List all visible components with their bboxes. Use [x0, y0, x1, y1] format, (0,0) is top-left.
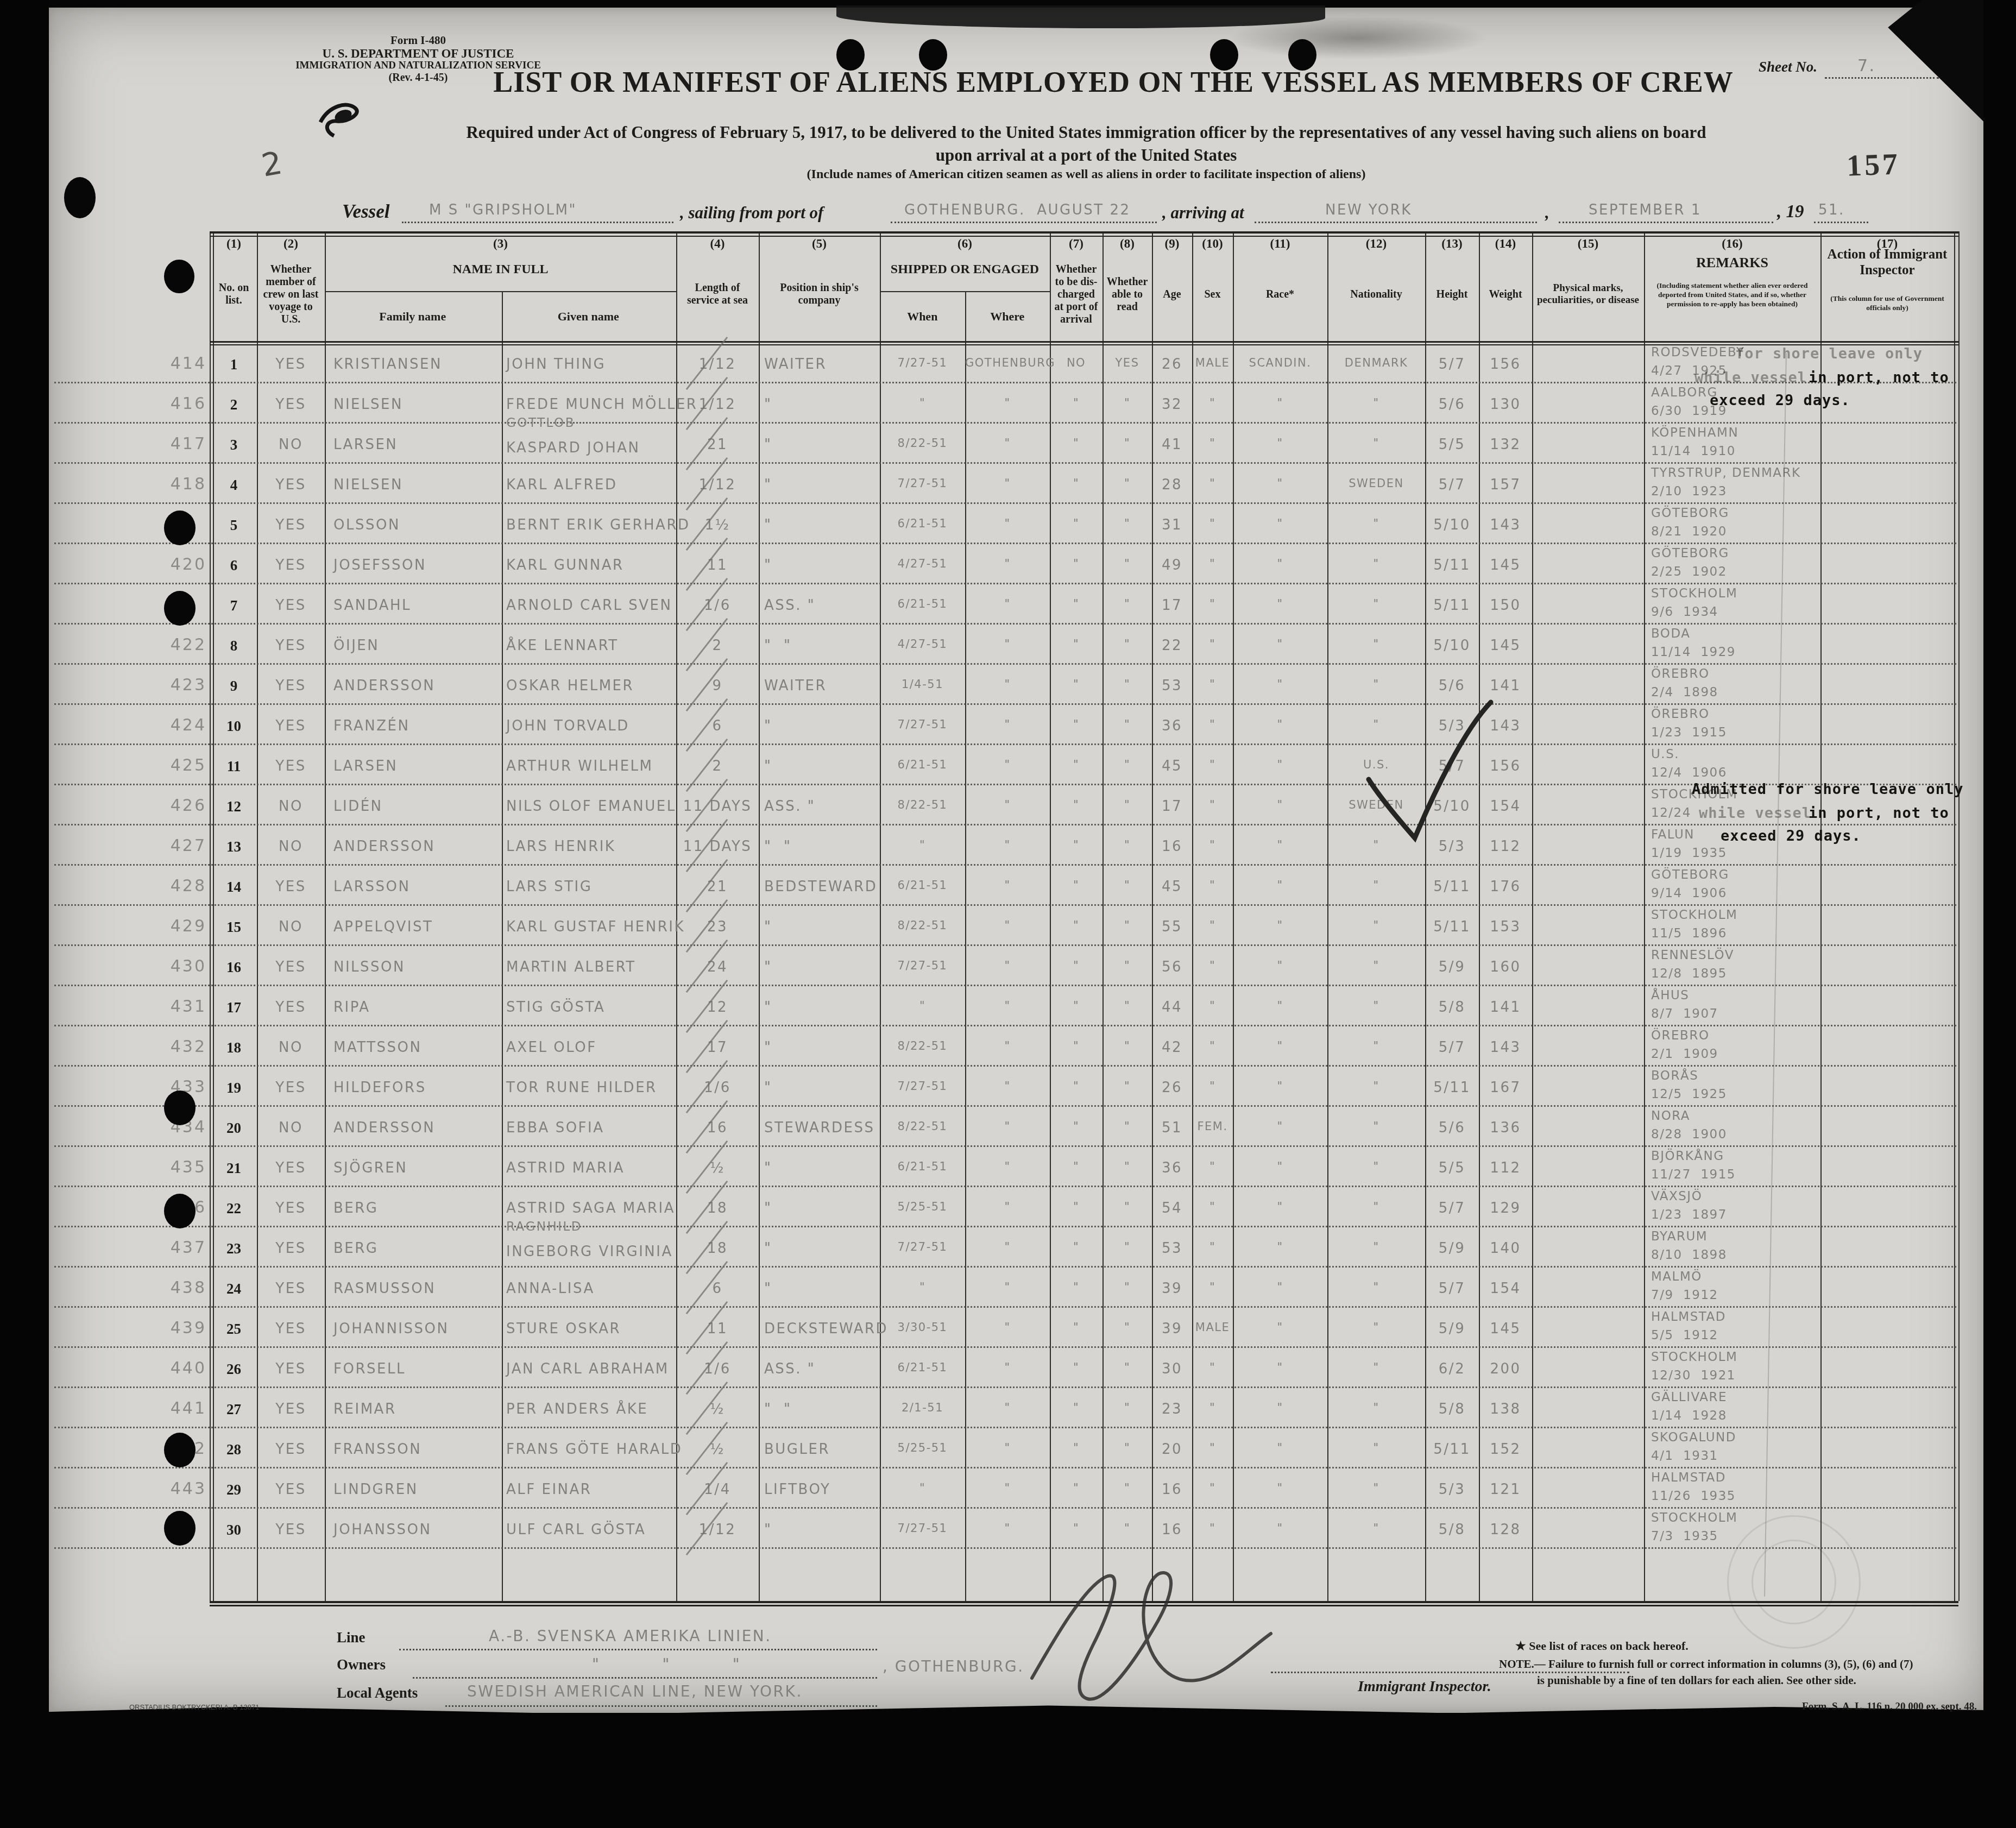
cell-family: HILDEFORS	[325, 1067, 502, 1107]
cell-discharged: "	[1050, 785, 1102, 825]
row-serial-number: 428	[146, 877, 206, 896]
cell-sex: "	[1192, 866, 1233, 906]
cell-nationality: "	[1327, 1026, 1425, 1067]
cell-weight: 167	[1479, 1067, 1532, 1107]
cell-position: "	[759, 1509, 880, 1549]
cell-weight: 200	[1479, 1348, 1532, 1388]
cell-read: "	[1102, 383, 1152, 424]
cell-age: 30	[1152, 1348, 1192, 1388]
cell-given: KARL GUNNAR	[502, 544, 676, 584]
cell-sex: "	[1192, 544, 1233, 584]
cell-family: JOHANSSON	[325, 1509, 502, 1549]
cell-given: STURE OSKAR	[502, 1308, 676, 1348]
cell-remarks-birthdate: 8/21 1920	[1651, 525, 1819, 539]
header-col-number: (6)	[880, 237, 1050, 251]
cell-when: 1/4-51	[880, 665, 965, 705]
cell-nationality: "	[1327, 383, 1425, 424]
cell-read: "	[1102, 986, 1152, 1026]
header-cell-15: (15)Physical marks, peculiarities, or di…	[1532, 235, 1644, 341]
cell-height: 6/2	[1425, 1348, 1479, 1388]
punch-hole	[164, 591, 196, 626]
cell-age: 17	[1152, 584, 1192, 625]
cell-where: "	[965, 625, 1050, 665]
stamp-a-line2a: while vessel	[1694, 369, 1807, 386]
cell-age: 45	[1152, 745, 1192, 785]
cell-sex: MALE	[1192, 1308, 1233, 1348]
cell-nationality: "	[1327, 1147, 1425, 1187]
cell-discharged: "	[1050, 705, 1102, 745]
cell-read: "	[1102, 1187, 1152, 1227]
cell-sex: "	[1192, 383, 1233, 424]
cell-race: "	[1233, 665, 1327, 705]
cell-no: 4	[211, 464, 257, 504]
cell-height: 5/5	[1425, 424, 1479, 464]
cell-race: "	[1233, 544, 1327, 584]
cell-member: YES	[257, 1147, 325, 1187]
cell-remarks-birthdate: 2/25 1902	[1651, 565, 1819, 579]
header-cell-11: (11)Race*	[1233, 235, 1327, 341]
cell-no: 22	[211, 1187, 257, 1227]
cell-given: PER ANDERS ÅKE	[502, 1388, 676, 1428]
cell-given: KARL ALFRED	[502, 464, 676, 504]
cell-height: 5/11	[1425, 584, 1479, 625]
cell-age: 54	[1152, 1187, 1192, 1227]
cell-member: YES	[257, 504, 325, 544]
cell-when: 6/21-51	[880, 504, 965, 544]
cell-where: "	[965, 1388, 1050, 1428]
cell-read: "	[1102, 1348, 1152, 1388]
pencil-checkmark	[1352, 698, 1496, 853]
cell-remarks-birthplace: MALMÖ	[1651, 1270, 1819, 1284]
cell-race: "	[1233, 745, 1327, 785]
cell-read: "	[1102, 424, 1152, 464]
cell-sex: "	[1192, 825, 1233, 866]
row-serial-number: 441	[146, 1399, 206, 1418]
header-col-number: (12)	[1327, 237, 1425, 251]
row-serial-number: 423	[146, 676, 206, 695]
cell-no: 28	[211, 1428, 257, 1468]
cell-given: ÅKE LENNART	[502, 625, 676, 665]
cell-height: 5/3	[1425, 1468, 1479, 1509]
header-sub-label: Given name	[501, 292, 677, 341]
cell-where: "	[965, 584, 1050, 625]
cell-when: 7/27-51	[880, 1067, 965, 1107]
cell-remarks-birthplace: BJÖRKÅNG	[1651, 1149, 1819, 1163]
table-horizontal-line	[210, 341, 1958, 343]
cell-weight: 129	[1479, 1187, 1532, 1227]
header-col-label: Action of Immigrant Inspector	[1823, 247, 1951, 279]
agents-underline	[445, 1705, 877, 1707]
cell-remarks-birthdate: 11/14 1910	[1651, 444, 1819, 458]
cell-sex: "	[1192, 1227, 1233, 1268]
cell-remarks-birthdate: 11/5 1896	[1651, 926, 1819, 941]
cell-remarks-birthplace: BYARUM	[1651, 1230, 1819, 1244]
cell-race: "	[1233, 1187, 1327, 1227]
cell-nationality: "	[1327, 625, 1425, 665]
owners-ditto: " " "	[592, 1655, 741, 1673]
row-serial-number: 427	[146, 836, 206, 855]
cell-race: "	[1233, 825, 1327, 866]
cell-sex: "	[1192, 424, 1233, 464]
cell-position: "	[759, 986, 880, 1026]
cell-race: "	[1233, 1268, 1327, 1308]
cell-no: 9	[211, 665, 257, 705]
cell-when: 7/27-51	[880, 464, 965, 504]
row-serial-number: 429	[146, 917, 206, 936]
cell-remarks-birthdate: 2/4 1898	[1651, 685, 1819, 699]
cell-when: "	[880, 825, 965, 866]
header-col-label: Nationality	[1330, 251, 1422, 338]
note-line-1: NOTE.— Failure to furnish full or correc…	[1499, 1657, 1977, 1671]
table-row: 43521YESSJÖGRENASTRID MARIA½"6/21-51"""3…	[0, 1147, 2016, 1187]
cell-weight: 143	[1479, 1026, 1532, 1067]
cell-remarks-birthplace: U.S.	[1651, 747, 1819, 761]
cell-where: "	[965, 1468, 1050, 1509]
header-fine-print: (Including statement whether alien ever …	[1648, 281, 1816, 309]
cell-remarks-birthplace: GÖTEBORG	[1651, 546, 1819, 560]
cell-remarks-birthplace: GÄLLIVARE	[1651, 1390, 1819, 1404]
cell-read: "	[1102, 1147, 1152, 1187]
manifest-table: (1)No. on list.(2)Whether member of crew…	[0, 0, 2016, 1828]
cell-given: JAN CARL ABRAHAM	[502, 1348, 676, 1388]
cell-no: 17	[211, 986, 257, 1026]
cell-given: OSKAR HELMER	[502, 665, 676, 705]
row-serial-number: 420	[146, 555, 206, 574]
header-col-label: NAME IN FULL	[327, 250, 673, 290]
cell-no: 6	[211, 544, 257, 584]
table-row: 5YESOLSSONBERNT ERIK GERHARD1½"6/21-51""…	[0, 504, 2016, 544]
cell-discharged: "	[1050, 584, 1102, 625]
cell-nationality: "	[1327, 906, 1425, 946]
cell-family: JOHANNISSON	[325, 1308, 502, 1348]
cell-sex: "	[1192, 745, 1233, 785]
header-col-number: (2)	[257, 237, 325, 251]
table-row: 30YESJOHANSSONULF CARL GÖSTA1/12"7/27-51…	[0, 1509, 2016, 1549]
header-cell-12: (12)Nationality	[1327, 235, 1425, 341]
cell-age: 16	[1152, 825, 1192, 866]
cell-age: 28	[1152, 464, 1192, 504]
cell-when: "	[880, 1468, 965, 1509]
cell-position: "	[759, 1187, 880, 1227]
row-serial-number: 431	[146, 997, 206, 1016]
cell-position: "	[759, 544, 880, 584]
cell-discharged: "	[1050, 1509, 1102, 1549]
table-row: 43016YESNILSSONMARTIN ALBERT24"7/27-51""…	[0, 946, 2016, 986]
table-row: 43824YESRASMUSSONANNA-LISA6"""""39"""5/7…	[0, 1268, 2016, 1308]
cell-no: 3	[211, 424, 257, 464]
cell-race: "	[1233, 383, 1327, 424]
stamp-b-line2a: while vessel	[1699, 805, 1811, 822]
cell-discharged: "	[1050, 866, 1102, 906]
cell-given: MARTIN ALBERT	[502, 946, 676, 986]
row-serial-number: 435	[146, 1158, 206, 1177]
cell-nationality: "	[1327, 1468, 1425, 1509]
cell-where: "	[965, 1147, 1050, 1187]
cell-remarks-birthplace: HALMSTAD	[1651, 1310, 1819, 1324]
cell-where: "	[965, 504, 1050, 544]
cell-height: 5/11	[1425, 544, 1479, 584]
cell-remarks-birthdate: 4/1 1931	[1651, 1449, 1819, 1463]
cell-discharged: "	[1050, 1348, 1102, 1388]
line-value: A.-B. SVENSKA AMERIKA LINIEN.	[489, 1627, 772, 1645]
cell-age: 56	[1152, 946, 1192, 986]
cell-no: 13	[211, 825, 257, 866]
cell-nationality: "	[1327, 1268, 1425, 1308]
cell-when: 6/21-51	[880, 1147, 965, 1187]
cell-remarks-birthdate: 9/14 1906	[1651, 886, 1819, 900]
cell-where: "	[965, 665, 1050, 705]
cell-member: YES	[257, 544, 325, 584]
cell-age: 17	[1152, 785, 1192, 825]
cell-weight: 136	[1479, 1107, 1532, 1147]
cell-given: ANNA-LISA	[502, 1268, 676, 1308]
row-serial-number: 440	[146, 1359, 206, 1378]
cell-race: "	[1233, 1509, 1327, 1549]
cell-member: YES	[257, 1067, 325, 1107]
cell-family: RIPA	[325, 986, 502, 1026]
cell-sex: "	[1192, 705, 1233, 745]
cell-nationality: "	[1327, 1428, 1425, 1468]
cell-position: DECKSTEWARD	[759, 1308, 880, 1348]
header-col-label: Height	[1428, 251, 1476, 338]
table-row: 43319YESHILDEFORSTOR RUNE HILDER1/6"7/27…	[0, 1067, 2016, 1107]
cell-member: YES	[257, 705, 325, 745]
cell-where: "	[965, 1348, 1050, 1388]
stamp-a-line3: exceed 29 days.	[1710, 392, 1850, 409]
cell-height: 5/7	[1425, 343, 1479, 383]
header-cell-9: (9)Age	[1152, 235, 1192, 341]
cell-remarks-birthdate: 12/8 1895	[1651, 967, 1819, 981]
cell-age: 53	[1152, 665, 1192, 705]
cell-no: 15	[211, 906, 257, 946]
cell-when: 6/21-51	[880, 866, 965, 906]
cell-remarks-birthplace: BODA	[1651, 627, 1819, 641]
cell-where: "	[965, 1227, 1050, 1268]
cell-member: YES	[257, 1308, 325, 1348]
cell-position: BUGLER	[759, 1428, 880, 1468]
cell-when: 8/22-51	[880, 785, 965, 825]
cell-nationality: "	[1327, 1509, 1425, 1549]
cell-height: 5/10	[1425, 625, 1479, 665]
cell-weight: 121	[1479, 1468, 1532, 1509]
stamp-a-line1: for shore leave only	[1735, 345, 1923, 362]
row-serial-number: 416	[146, 394, 206, 413]
cell-position: " "	[759, 1388, 880, 1428]
printer-imprint: ORSTADIUS BOKTRYCKERI A.-B 13871	[129, 1703, 259, 1711]
cell-remarks-birthdate: 8/7 1907	[1651, 1007, 1819, 1021]
cell-where: "	[965, 1268, 1050, 1308]
cell-nationality: "	[1327, 1388, 1425, 1428]
cell-member: YES	[257, 665, 325, 705]
cell-position: ASS. "	[759, 1348, 880, 1388]
cell-height: 5/7	[1425, 464, 1479, 504]
cell-discharged: "	[1050, 745, 1102, 785]
cell-position: WAITER	[759, 343, 880, 383]
stamp-b-line2b: in port, not to	[1809, 805, 1949, 822]
header-sub-labels: Family nameGiven name	[325, 292, 676, 341]
cell-family: BERG	[325, 1187, 502, 1227]
cell-when: "	[880, 986, 965, 1026]
table-row: 43420NOANDERSSONEBBA SOFIA16STEWARDESS8/…	[0, 1107, 2016, 1147]
scanned-crew-manifest-page: Form I-480 U. S. DEPARTMENT OF JUSTICE I…	[0, 0, 2016, 1828]
cell-read: "	[1102, 866, 1152, 906]
cell-when: 8/22-51	[880, 424, 965, 464]
cell-race: "	[1233, 1468, 1327, 1509]
cell-age: 26	[1152, 1067, 1192, 1107]
cell-no: 23	[211, 1227, 257, 1268]
cell-weight: 145	[1479, 625, 1532, 665]
cell-read: "	[1102, 825, 1152, 866]
inspector-signature	[999, 1564, 1293, 1716]
cell-no: 29	[211, 1468, 257, 1509]
cell-height: 5/11	[1425, 906, 1479, 946]
table-row: 4173NOLARSENKASPARD JOHAN21"8/22-51"""41…	[0, 424, 2016, 464]
cell-sex: "	[1192, 1026, 1233, 1067]
cell-given-top: RAGNHILD	[506, 1220, 582, 1234]
header-col-number: (5)	[759, 237, 880, 251]
row-serial-number: 426	[146, 796, 206, 815]
header-col-number: (15)	[1532, 237, 1644, 251]
line-label: Line	[337, 1629, 366, 1646]
cell-family: ANDERSSON	[325, 1107, 502, 1147]
cell-remarks-birthdate: 5/5 1912	[1651, 1328, 1819, 1342]
cell-where: "	[965, 424, 1050, 464]
cell-family: OLSSON	[325, 504, 502, 544]
cell-remarks-birthplace: NORA	[1651, 1109, 1819, 1123]
cell-family: KRISTIANSEN	[325, 343, 502, 383]
table-row: 43925YESJOHANNISSONSTURE OSKAR11DECKSTEW…	[0, 1308, 2016, 1348]
cell-discharged: "	[1050, 825, 1102, 866]
cell-weight: 143	[1479, 504, 1532, 544]
cell-position: "	[759, 745, 880, 785]
cell-where: "	[965, 946, 1050, 986]
cell-race: "	[1233, 1147, 1327, 1187]
cell-read: "	[1102, 544, 1152, 584]
cell-height: 5/10	[1425, 504, 1479, 544]
cell-given: JOHN TORVALD	[502, 705, 676, 745]
cell-age: 55	[1152, 906, 1192, 946]
cell-nationality: "	[1327, 1067, 1425, 1107]
cell-read: "	[1102, 504, 1152, 544]
cell-remarks-birthplace: BORÅS	[1651, 1069, 1819, 1083]
cell-given: STIG GÖSTA	[502, 986, 676, 1026]
cell-given: EBBA SOFIA	[502, 1107, 676, 1147]
cell-no: 26	[211, 1348, 257, 1388]
table-row: 43723YESBERGINGEBORG VIRGINIA18"7/27-51"…	[0, 1227, 2016, 1268]
signature-underline	[1271, 1672, 1629, 1673]
cell-nationality: "	[1327, 1348, 1425, 1388]
cell-remarks-birthplace: ÅHUS	[1651, 988, 1819, 1003]
header-col-number: (9)	[1152, 237, 1192, 251]
cell-where: "	[965, 1428, 1050, 1468]
cell-discharged: "	[1050, 946, 1102, 986]
cell-when: "	[880, 383, 965, 424]
cell-no: 11	[211, 745, 257, 785]
cell-family: BERG	[325, 1227, 502, 1268]
cell-no: 1	[211, 343, 257, 383]
cell-no: 8	[211, 625, 257, 665]
cell-remarks-birthdate: 7/9 1912	[1651, 1288, 1819, 1302]
cell-no: 16	[211, 946, 257, 986]
cell-where: "	[965, 1187, 1050, 1227]
cell-position: " "	[759, 625, 880, 665]
cell-remarks-birthdate: 1/14 1928	[1651, 1409, 1819, 1423]
cell-nationality: "	[1327, 946, 1425, 986]
header-col-number: (11)	[1233, 237, 1327, 251]
header-cell-6: (6)SHIPPED OR ENGAGEDWhenWhere	[880, 235, 1050, 341]
cell-height: 5/11	[1425, 1428, 1479, 1468]
cell-when: 5/25-51	[880, 1428, 965, 1468]
cell-family: ANDERSSON	[325, 825, 502, 866]
cell-height: 5/9	[1425, 1227, 1479, 1268]
cell-no: 5	[211, 504, 257, 544]
header-sub-label: Where	[965, 292, 1050, 341]
cell-age: 16	[1152, 1468, 1192, 1509]
row-serial-number: 439	[146, 1319, 206, 1338]
punch-hole	[1210, 39, 1238, 71]
header-cell-13: (13)Height	[1425, 235, 1479, 341]
cell-race: "	[1233, 504, 1327, 544]
cell-read: "	[1102, 1388, 1152, 1428]
cell-remarks-birthdate: 1/23 1915	[1651, 726, 1819, 740]
row-serial-number: 438	[146, 1278, 206, 1297]
cell-age: 36	[1152, 1147, 1192, 1187]
cell-remarks-birthplace: ÖREBRO	[1651, 667, 1819, 681]
table-horizontal-line	[210, 231, 1958, 234]
cell-sex: MALE	[1192, 343, 1233, 383]
cell-no: 25	[211, 1308, 257, 1348]
cell-remarks-birthdate: 11/14 1929	[1651, 645, 1819, 659]
cell-weight: 157	[1479, 464, 1532, 504]
cell-given: NILS OLOF EMANUEL	[502, 785, 676, 825]
cell-discharged: "	[1050, 1468, 1102, 1509]
header-col-label: SHIPPED OR ENGAGED	[883, 250, 1047, 290]
cell-member: YES	[257, 343, 325, 383]
table-row: 43117YESRIPASTIG GÖSTA12"""""44"""5/8141…	[0, 986, 2016, 1026]
cell-age: 45	[1152, 866, 1192, 906]
cell-family: LIDÉN	[325, 785, 502, 825]
cell-sex: "	[1192, 1509, 1233, 1549]
cell-height: 5/8	[1425, 1388, 1479, 1428]
cell-where: "	[965, 383, 1050, 424]
cell-sex: "	[1192, 986, 1233, 1026]
cell-nationality: "	[1327, 424, 1425, 464]
punch-hole	[164, 1433, 196, 1467]
cell-sex: "	[1192, 504, 1233, 544]
cell-nationality: "	[1327, 584, 1425, 625]
cell-sex: "	[1192, 906, 1233, 946]
cell-where: "	[965, 705, 1050, 745]
agents-value: SWEDISH AMERICAN LINE, NEW YORK.	[467, 1682, 803, 1700]
cell-remarks-birthdate: 12/5 1925	[1651, 1087, 1819, 1101]
header-col-label: Race*	[1236, 251, 1325, 338]
cell-weight: 152	[1479, 1428, 1532, 1468]
header-col-number: (3)	[325, 237, 676, 251]
cell-remarks-birthplace: GÖTEBORG	[1651, 868, 1819, 882]
cell-family: LARSSON	[325, 866, 502, 906]
cell-no: 30	[211, 1509, 257, 1549]
punch-hole	[164, 260, 194, 293]
cell-weight: 130	[1479, 383, 1532, 424]
cell-given: LARS STIG	[502, 866, 676, 906]
table-row: 42814YESLARSSONLARS STIG21BEDSTEWARD6/21…	[0, 866, 2016, 906]
header-col-number: (1)	[211, 237, 257, 251]
cell-race: "	[1233, 1428, 1327, 1468]
cell-position: "	[759, 1147, 880, 1187]
cell-no: 7	[211, 584, 257, 625]
header-cell-5: (5)Position in ship's company	[759, 235, 880, 341]
cell-remarks-birthplace: VÄXSJÖ	[1651, 1189, 1819, 1203]
